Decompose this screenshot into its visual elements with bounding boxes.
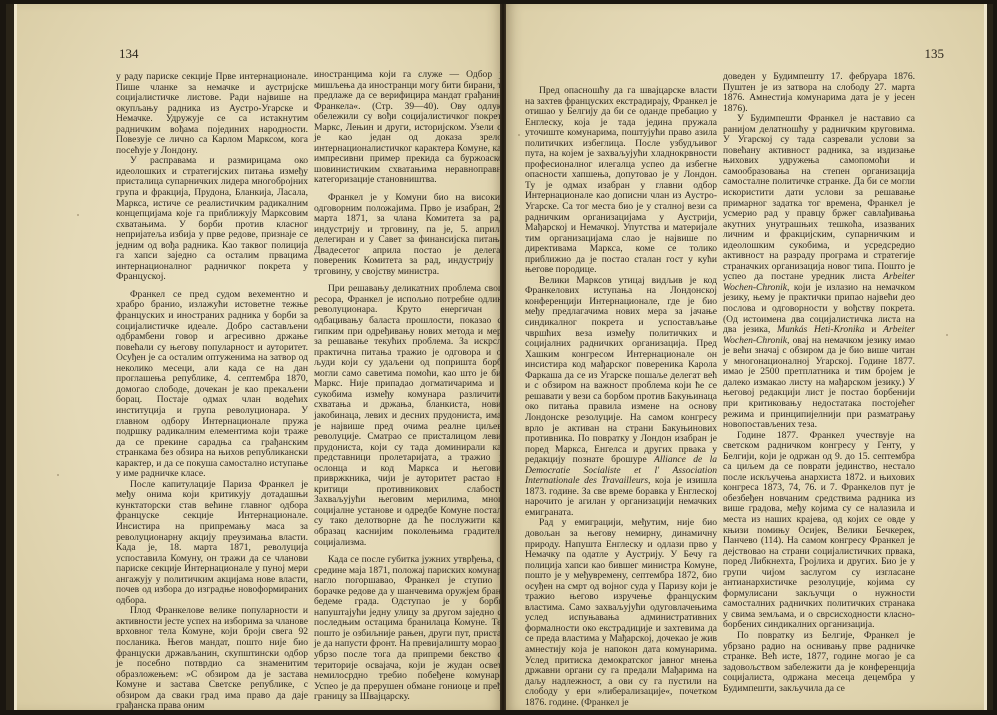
paper-speck [946,334,948,336]
paper-speck [77,214,79,216]
book-spread: 134 у раду париске секције Прве интернац… [6,4,993,710]
paper-speck [518,134,520,136]
italic-title: Alliance de la Democratie Socialiste et … [525,454,717,486]
right-page: 135 Пред опасношћу да га швајцарске влас… [506,4,987,710]
paragraph: Рад у емиграцији, међутим, није био дово… [525,518,717,708]
paragraph: иностранцима који га служе — Одбор је ми… [314,70,503,186]
paragraph: у раду париске секције Прве интернациона… [116,72,308,156]
text-column: иностранцима који га служе — Одбор је ми… [314,70,503,703]
paper-speck [57,474,59,476]
italic-title: Arbeiter Wochen-Chronik [723,271,915,293]
paragraph: При решавању деликатних проблема свога р… [314,284,503,548]
text-column: доведен у Будимпешту 17. фебруара 1876. … [723,72,915,694]
page-number: 135 [925,46,945,62]
paragraph: У расправама и размирицама око идеолошки… [116,156,308,283]
italic-title: Munkás Heti-Kronika [777,324,865,335]
text-column: у раду париске секције Прве интернациона… [116,72,308,710]
text-column: Пред опасношћу да га швајцарске власти н… [525,86,717,708]
paragraph: По повратку из Белгије, Франкел је убрза… [723,631,915,694]
left-page: 134 у раду париске секције Прве интернац… [14,4,503,710]
paragraph: доведен у Будимпешту 17. фебруара 1876. … [723,72,915,114]
paragraph: Велики Марксов утицај видљив је код Фран… [525,276,717,519]
paragraph: Године 1877. Франкел учествује на светск… [723,431,915,631]
paragraph: У Будимпешти Франкел је наставио са рани… [723,114,915,430]
paragraph: Када се после губитка јужних утврђења, о… [314,555,503,703]
paragraph: Пред опасношћу да га швајцарске власти н… [525,86,717,276]
page-number: 134 [119,46,139,62]
paragraph: Франкел се пред судом вехементно и храбр… [116,290,308,480]
paragraph: Франкел је у Комуни био на високим одгов… [314,193,503,277]
paragraph: Плод Франкелове велике популарности и ак… [116,606,308,710]
paragraph: После капитулације Париза Франкел је међ… [116,480,308,607]
